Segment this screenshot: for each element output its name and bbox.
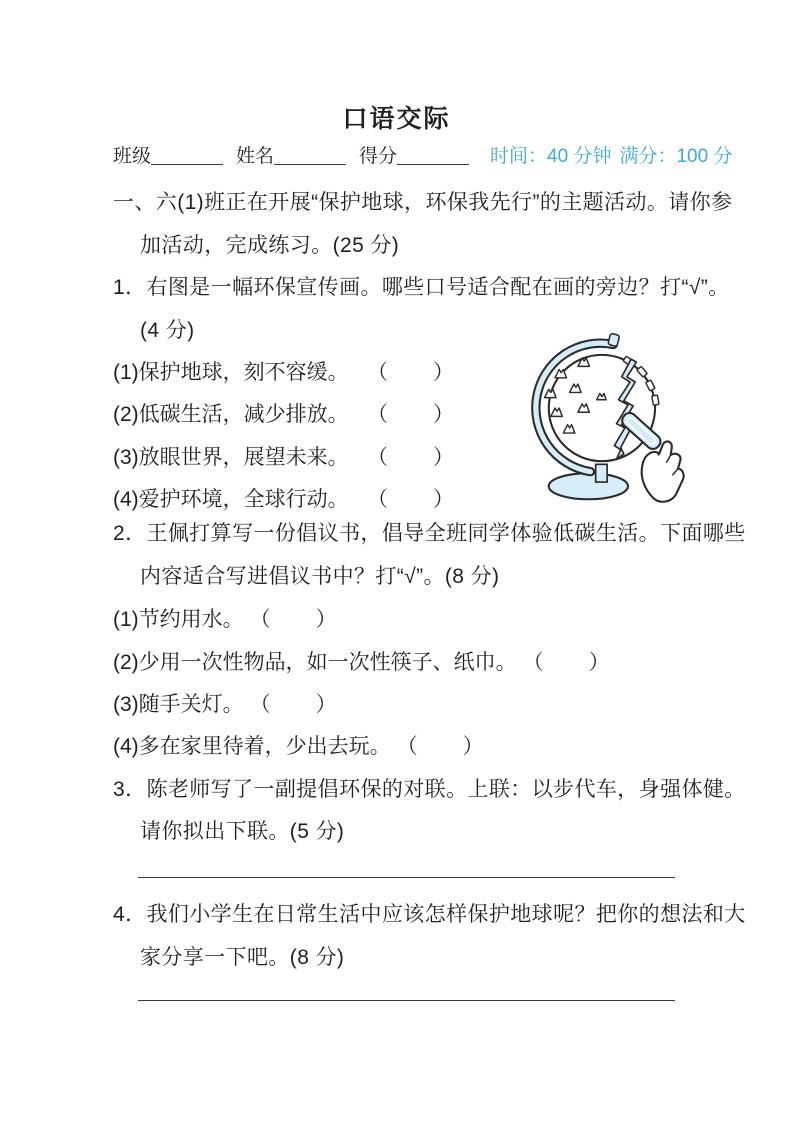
q2-item-2: (2)少用一次性物品，如一次性筷子、纸巾。 （ ） bbox=[113, 646, 611, 676]
q2-item-4: (4)多在家里待着，少出去玩。 （ ） bbox=[113, 730, 485, 760]
q1-item-4: (4)爱护环境，全球行动。 （ ） bbox=[113, 483, 455, 513]
q1-item-3-text: (3)放眼世界，展望未来。 bbox=[113, 441, 367, 471]
time-limit-text: 时间：40 分钟 bbox=[490, 146, 611, 167]
full-score-text: 满分：100 分 bbox=[619, 146, 732, 167]
question-1-line2: (4 分) bbox=[140, 314, 195, 344]
cracked-globe-illustration bbox=[503, 333, 705, 510]
question-2-line1: 2．王佩打算写一份倡议书，倡导全班同学体验低碳生活。下面哪些 bbox=[113, 517, 746, 547]
question-3-line2: 请你拟出下联。(5 分) bbox=[140, 815, 344, 845]
q1-item-1-answer-bracket: （ ） bbox=[367, 356, 455, 386]
question-4-line1: 4．我们小学生在日常生活中应该怎样保护地球呢？把你的想法和大 bbox=[113, 898, 746, 928]
q2-item-4-text: (4)多在家里待着，少出去玩。 bbox=[113, 730, 391, 760]
q2-item-3-answer-bracket: （ ） bbox=[250, 688, 338, 718]
q1-item-1: (1)保护地球，刻不容缓。 （ ） bbox=[113, 356, 455, 386]
name-field: 姓名 bbox=[236, 141, 346, 168]
name-label: 姓名 bbox=[236, 146, 274, 167]
section-one-line2: 加活动，完成练习。(25 分) bbox=[140, 229, 399, 259]
q1-item-2: (2)低碳生活，减少排放。 （ ） bbox=[113, 398, 455, 428]
question-4-line2: 家分享一下吧。(8 分) bbox=[140, 941, 344, 971]
q1-item-2-text: (2)低碳生活，减少排放。 bbox=[113, 398, 367, 428]
class-label: 班级 bbox=[113, 146, 151, 167]
class-field: 班级 bbox=[113, 141, 223, 168]
q1-item-4-answer-bracket: （ ） bbox=[367, 483, 455, 513]
class-blank bbox=[151, 149, 223, 165]
q1-item-1-text: (1)保护地球，刻不容缓。 bbox=[113, 356, 367, 386]
question-3-line1: 3．陈老师写了一副提倡环保的对联。上联：以步代车，身强体健。 bbox=[113, 773, 746, 803]
worksheet-page: 口语交际 班级 姓名 得分 时间：40 分钟满分：100 分 一、六(1)班正在… bbox=[0, 0, 793, 1122]
q2-item-2-text: (2)少用一次性物品，如一次性筷子、纸巾。 bbox=[113, 646, 517, 676]
q1-item-4-text: (4)爱护环境，全球行动。 bbox=[113, 483, 367, 513]
hand-icon bbox=[642, 441, 684, 501]
section-one-line1: 一、六(1)班正在开展“保护地球，环保我先行”的主题活动。请你参 bbox=[113, 186, 732, 216]
q3-answer-line bbox=[138, 877, 675, 878]
page-title: 口语交际 bbox=[0, 99, 793, 135]
q1-item-2-answer-bracket: （ ） bbox=[367, 398, 455, 428]
question-2-line2: 内容适合写进倡议书中？打“√”。(8 分) bbox=[140, 560, 499, 590]
name-blank bbox=[274, 149, 346, 165]
score-field: 得分 bbox=[359, 141, 469, 168]
q1-item-3: (3)放眼世界，展望未来。 （ ） bbox=[113, 441, 455, 471]
globe-stem bbox=[596, 464, 607, 482]
globe-bandage-image bbox=[503, 333, 705, 505]
question-1-line1: 1．右图是一幅环保宣传画。哪些口号适合配在画的旁边？打“√”。 bbox=[113, 271, 730, 301]
q2-item-3-text: (3)随手关灯。 bbox=[113, 688, 244, 718]
q1-item-3-answer-bracket: （ ） bbox=[367, 441, 455, 471]
q2-item-2-answer-bracket: （ ） bbox=[523, 646, 611, 676]
score-blank bbox=[397, 149, 469, 165]
q4-answer-line bbox=[138, 1000, 675, 1001]
q2-item-1-answer-bracket: （ ） bbox=[250, 603, 338, 633]
score-label: 得分 bbox=[359, 146, 397, 167]
globe-base bbox=[549, 473, 628, 499]
meta-row: 班级 姓名 得分 时间：40 分钟满分：100 分 bbox=[113, 141, 691, 168]
q2-item-4-answer-bracket: （ ） bbox=[397, 730, 485, 760]
globe-knob bbox=[608, 333, 620, 346]
q2-item-1: (1)节约用水。 （ ） bbox=[113, 603, 338, 633]
q2-item-3: (3)随手关灯。 （ ） bbox=[113, 688, 338, 718]
q2-item-1-text: (1)节约用水。 bbox=[113, 603, 244, 633]
exam-info: 时间：40 分钟满分：100 分 bbox=[482, 141, 732, 168]
